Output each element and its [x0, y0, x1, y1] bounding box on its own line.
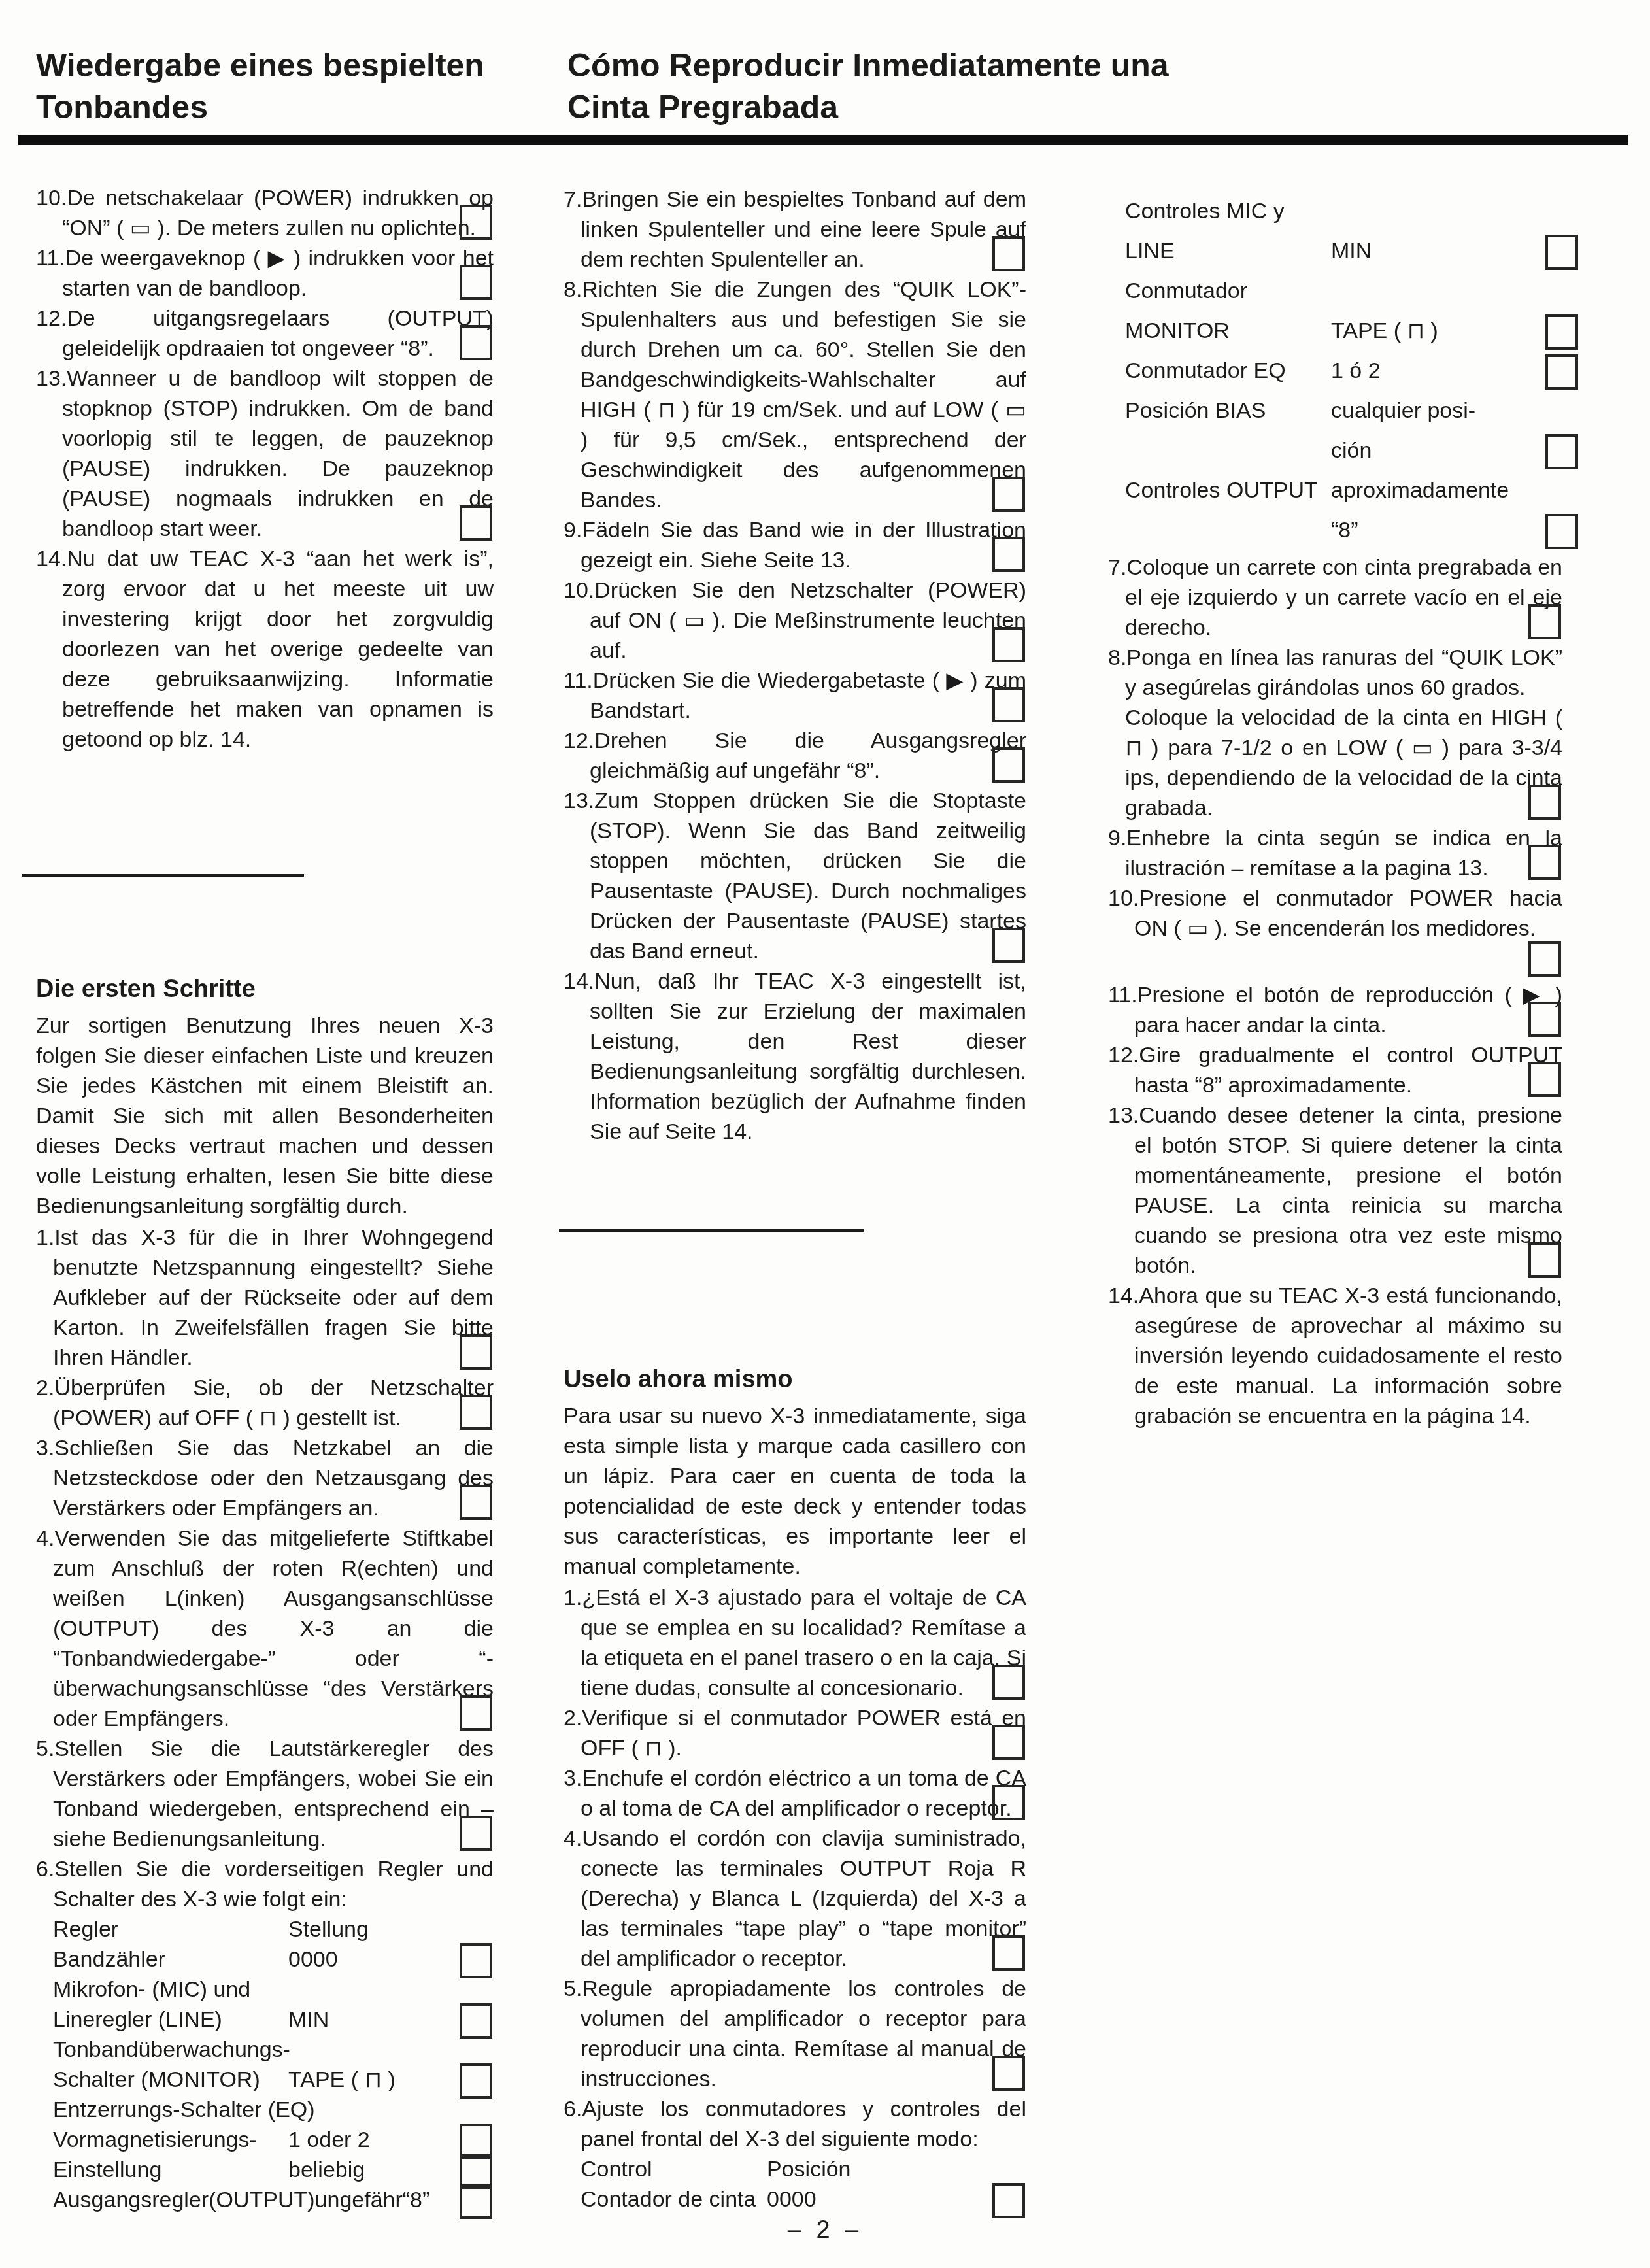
checklist-item: 10.De netschakelaar (POWER) indrukken op… [36, 183, 494, 243]
item-text: Wanneer u de bandloop wilt stoppen de st… [62, 366, 494, 541]
setting-value: beliebig [288, 2155, 365, 2185]
section-intro-spanish: Para usar su nuevo X-3 inmediatamente, s… [564, 1401, 1026, 1582]
item-text: Zum Stoppen drücken Sie die Stoptaste (S… [590, 788, 1026, 964]
setting-value: Posición [767, 2154, 851, 2184]
item-text: Ajuste los conmutadores y controles del … [581, 2097, 1026, 2152]
checklist-item: 14.Nun, daß Ihr TEAC X-3 eingestellt ist… [564, 966, 1026, 1147]
column1-german-section: Die ersten Schritte Zur sortigen Benutzu… [36, 973, 494, 2215]
page-title-spanish: Cómo Reproducir Inmediatamente una Cinta… [567, 44, 1169, 128]
settings-row: Contador de cinta0000 [581, 2184, 1026, 2214]
setting-value: TAPE ( ⊓ ) [288, 2065, 396, 2095]
settings-row: Einstellungbeliebig [53, 2155, 494, 2185]
checkbox [460, 1695, 492, 1731]
checkbox [1528, 785, 1561, 820]
item-text: Drücken Sie die Wiedergabetaste ( ▶ ) zu… [590, 668, 1026, 723]
settings-row: Tonbandüberwachungs- [53, 2035, 494, 2065]
checkbox [992, 1665, 1025, 1700]
item-text: Bringen Sie ein bespieltes Tonband auf d… [581, 187, 1026, 272]
checklist-item: 14.Ahora que su TEAC X-3 está funcionand… [1108, 1281, 1562, 1431]
settings-row: Posición BIAScualquier posi- [1125, 396, 1579, 426]
item-text: Ahora que su TEAC X-3 está funcionando, … [1134, 1283, 1562, 1429]
checklist-item: 8.Ponga en línea las ranuras del “QUIK L… [1108, 643, 1562, 823]
checklist-item: 2.Überprüfen Sie, ob der Netzschalter (P… [36, 1373, 494, 1433]
checklist-item: 9.Fädeln Sie das Band wie in der Illustr… [564, 515, 1026, 575]
checkbox [992, 2183, 1025, 2218]
item-number: 10. [564, 575, 594, 605]
setting-label: Conmutador [1125, 279, 1247, 303]
checklist-item: 11.Presione el botón de reproducción ( ▶… [1108, 980, 1562, 1040]
checklist-item: 12.Gire gradualmente el control OUTPUT h… [1108, 1040, 1562, 1100]
item-text: Enhebre la cinta según se indica en la i… [1125, 826, 1562, 881]
checkbox [1545, 314, 1578, 350]
item-text: Überprüfen Sie, ob der Netzschalter (POW… [53, 1376, 494, 1430]
checklist-item: 6.Stellen Sie die vorderseitigen Regler … [36, 1854, 494, 1914]
checklist-item: 11.Drücken Sie die Wiedergabetaste ( ▶ )… [564, 666, 1026, 726]
checklist-item: 5.Regule apropiadamente los controles de… [564, 1974, 1026, 2094]
checkbox [1545, 514, 1578, 549]
checklist-item: 13.Zum Stoppen drücken Sie die Stoptaste… [564, 786, 1026, 966]
setting-value: 1 oder 2 [288, 2125, 370, 2155]
checkbox [460, 2003, 492, 2039]
checkbox [1528, 1242, 1561, 1278]
german-checklist-1-6: 1.Ist das X-3 für die in Ihrer Wohngegen… [36, 1223, 494, 1914]
item-text: Ist das X-3 für die in Ihrer Wohngegend … [53, 1225, 494, 1370]
header-rule [18, 135, 1628, 145]
setting-label: MONITOR [1125, 318, 1230, 343]
item-number: 12. [36, 303, 67, 333]
section-heading-german: Die ersten Schritte [36, 973, 494, 1006]
setting-label: Entzerrungs-Schalter (EQ) [53, 2097, 315, 2122]
checkbox [1545, 354, 1578, 390]
checkbox [992, 627, 1025, 662]
item-number: 12. [564, 726, 594, 756]
checkbox [460, 1816, 492, 1851]
setting-label: Schalter (MONITOR) [53, 2067, 260, 2092]
settings-row: ción [1125, 435, 1579, 465]
page-title-german-line2: Tonbandes [36, 86, 484, 128]
setting-value: Stellung [288, 1914, 369, 1944]
spanish-settings-table-start: ControlPosiciónContador de cinta0000 [564, 2154, 1026, 2214]
checklist-item: 8.Richten Sie die Zungen des “QUIK LOK”-… [564, 275, 1026, 515]
item-number: 8. [1108, 643, 1126, 673]
manual-page: Wiedergabe eines bespielten Tonbandes Có… [0, 0, 1650, 2268]
item-number: 3. [36, 1433, 54, 1463]
item-text: Gire gradualmente el control OUTPUT hast… [1134, 1043, 1562, 1098]
setting-value: 1 ó 2 [1331, 356, 1381, 386]
item-number: 13. [1108, 1100, 1139, 1130]
setting-label: Controles OUTPUT [1125, 478, 1318, 503]
checklist-item: 12.Drehen Sie die Ausgangsregler gleichm… [564, 726, 1026, 786]
item-text: Stellen Sie die vorderseitigen Regler un… [53, 1857, 494, 1912]
item-number: 4. [36, 1523, 54, 1553]
setting-value: MIN [288, 2005, 329, 2035]
item-number: 14. [564, 966, 594, 996]
setting-label: Vormagnetisierungs- [53, 2127, 257, 2152]
settings-row: Conmutador EQ1 ó 2 [1125, 356, 1579, 386]
setting-value: ungefähr“8” [315, 2188, 430, 2212]
checkbox [460, 325, 492, 360]
checkbox [460, 2063, 492, 2099]
settings-row: Ausgangsregler(OUTPUT)ungefähr“8” [53, 2185, 494, 2215]
item-number: 7. [564, 184, 582, 214]
item-text: Coloque un carrete con cinta pregrabada … [1125, 555, 1562, 640]
checklist-item: 3.Enchufe el cordón eléctrico a un toma … [564, 1763, 1026, 1823]
checklist-item: 12.De uitgangsregelaars (OUTPUT) geleide… [36, 303, 494, 364]
item-number: 5. [36, 1734, 54, 1764]
item-text: Presione el conmutador POWER hacia ON ( … [1134, 886, 1562, 941]
item-number: 2. [36, 1373, 54, 1403]
column2-spanish-section: Uselo ahora mismo Para usar su nuevo X-3… [564, 1363, 1026, 2214]
item-number: 13. [564, 786, 594, 816]
section-divider-left [22, 874, 304, 877]
item-text: ¿Está el X-3 ajustado para el voltaje de… [581, 1585, 1026, 1701]
checkbox [992, 1725, 1025, 1760]
item-text: Enchufe el cordón eléctrico a un toma de… [581, 1766, 1026, 1821]
setting-label: Mikrofon- (MIC) und [53, 1977, 250, 2002]
settings-row: Entzerrungs-Schalter (EQ) [53, 2095, 494, 2125]
setting-label: Posición BIAS [1125, 398, 1266, 423]
checkbox [992, 747, 1025, 783]
item-number: 9. [1108, 823, 1126, 853]
checklist-item: 10.Drücken Sie den Netzschalter (POWER) … [564, 575, 1026, 666]
settings-row: Mikrofon- (MIC) und [53, 1974, 494, 2005]
item-number: 11. [564, 666, 593, 696]
item-number: 1. [36, 1223, 54, 1253]
settings-row: “8” [1125, 515, 1579, 545]
page-title-spanish-line2: Cinta Pregrabada [567, 86, 1169, 128]
item-text-continued: Coloque la velocidad de la cinta en HIGH… [1125, 703, 1562, 823]
item-number: 10. [36, 183, 67, 213]
section-divider-middle [559, 1229, 864, 1232]
item-number: 2. [564, 1703, 582, 1733]
checkbox [460, 1485, 492, 1520]
checkbox [992, 1785, 1025, 1820]
checklist-item: 14.Nu dat uw TEAC X-3 “aan het werk is”,… [36, 544, 494, 754]
checkbox [460, 1334, 492, 1370]
setting-value: ción [1331, 435, 1372, 465]
checkbox [992, 928, 1025, 963]
checklist-item: 5.Stellen Sie die Lautstärkeregler des V… [36, 1734, 494, 1854]
checklist-item: 13.Cuando desee detener la cinta, presio… [1108, 1100, 1562, 1281]
checkbox [1528, 1062, 1561, 1097]
item-text: Cuando desee detener la cinta, presione … [1134, 1103, 1562, 1278]
item-text: Ponga en línea las ranuras del “QUIK LOK… [1125, 645, 1562, 700]
page-title-spanish-line1: Cómo Reproducir Inmediatamente una [567, 44, 1169, 86]
item-text: Regule apropiadamente los controles de v… [581, 1976, 1026, 2091]
setting-value: 0000 [767, 2184, 817, 2214]
settings-row: Lineregler (LINE)MIN [53, 2005, 494, 2035]
setting-value: “8” [1331, 515, 1358, 545]
checkbox [1528, 1002, 1561, 1037]
german-settings-table: ReglerStellungBandzähler0000Mikrofon- (M… [36, 1914, 494, 2215]
checklist-item: 4.Usando el cordón con clavija suministr… [564, 1823, 1026, 1974]
settings-row: MONITORTAPE ( ⊓ ) [1125, 316, 1579, 346]
item-number: 13. [36, 364, 67, 394]
checklist-item: 3.Schließen Sie das Netzkabel an die Net… [36, 1433, 494, 1523]
setting-value: aproximadamente [1331, 475, 1509, 505]
section-heading-spanish: Uselo ahora mismo [564, 1363, 1026, 1396]
settings-row: Conmutador [1125, 276, 1579, 306]
checklist-item: 7.Bringen Sie ein bespieltes Tonband auf… [564, 184, 1026, 275]
settings-row: Bandzähler0000 [53, 1944, 494, 1974]
item-text: Verwenden Sie das mitgelieferte Stiftkab… [53, 1526, 494, 1731]
checkbox [1545, 434, 1578, 469]
item-text: Nu dat uw TEAC X-3 “aan het werk is”, zo… [62, 547, 494, 752]
checkbox [992, 2056, 1025, 2091]
item-text: Schließen Sie das Netzkabel an die Netzs… [53, 1436, 494, 1521]
checklist-item: 9.Enhebre la cinta según se indica en la… [1108, 823, 1562, 883]
item-number: 4. [564, 1823, 582, 1853]
checklist-item: 13.Wanneer u de bandloop wilt stoppen de… [36, 364, 494, 544]
column1-dutch-steps: 10.De netschakelaar (POWER) indrukken op… [36, 183, 494, 754]
item-number: 11. [36, 243, 65, 273]
setting-label: Regler [53, 1917, 118, 1942]
settings-row: ReglerStellung [53, 1914, 494, 1944]
settings-row: Controles OUTPUTaproximadamente [1125, 475, 1579, 505]
settings-row: Schalter (MONITOR)TAPE ( ⊓ ) [53, 2065, 494, 2095]
checkbox [460, 1943, 492, 1978]
checklist-item: 7.Coloque un carrete con cinta pregrabad… [1108, 552, 1562, 643]
setting-value: 0000 [288, 1944, 338, 1974]
column3-spanish-settings-table: Controles MIC yLINEMINConmutadorMONITORT… [1108, 196, 1579, 555]
checklist-item: 1.¿Está el X-3 ajustado para el voltaje … [564, 1583, 1026, 1703]
checkbox [1545, 235, 1578, 270]
item-text: Drücken Sie den Netzschalter (POWER) auf… [590, 578, 1026, 663]
spanish-checklist-1-6: 1.¿Está el X-3 ajustado para el voltaje … [564, 1583, 1026, 2154]
item-number: 9. [564, 515, 582, 545]
item-text: Usando el cordón con clavija suministrad… [581, 1826, 1026, 1971]
checkbox [992, 1935, 1025, 1971]
checklist-item: 4.Verwenden Sie das mitgelieferte Stiftk… [36, 1523, 494, 1734]
setting-label: Conmutador EQ [1125, 358, 1286, 383]
checkbox [1528, 604, 1561, 639]
item-text: Stellen Sie die Lautstärkeregler des Ver… [53, 1736, 494, 1852]
column3-spanish-steps: 7.Coloque un carrete con cinta pregrabad… [1108, 552, 1562, 1431]
checklist-item: 1.Ist das X-3 für die in Ihrer Wohngegen… [36, 1223, 494, 1373]
checkbox [460, 1395, 492, 1430]
item-text: Richten Sie die Zungen des “QUIK LOK”-Sp… [581, 277, 1026, 513]
checklist-item: 2.Verifique si el conmutador POWER está … [564, 1703, 1026, 1763]
setting-label: Ausgangsregler(OUTPUT) [53, 2188, 315, 2212]
item-text: De netschakelaar (POWER) indrukken op “O… [62, 186, 494, 241]
setting-label: Bandzähler [53, 1947, 165, 1972]
checklist-item: 10.Presione el conmutador POWER hacia ON… [1108, 883, 1562, 980]
item-number: 11. [1108, 980, 1137, 1010]
item-number: 10. [1108, 883, 1139, 913]
item-number: 6. [564, 2094, 582, 2124]
item-text: Verifique si el conmutador POWER está en… [581, 1706, 1026, 1761]
item-text: Fädeln Sie das Band wie in der Illustrat… [581, 518, 1026, 573]
item-number: 5. [564, 1974, 582, 2004]
item-text: Presione el botón de reproducción ( ▶ ) … [1134, 983, 1562, 1038]
item-number: 8. [564, 275, 582, 305]
settings-row: ControlPosición [581, 2154, 1026, 2184]
checkbox [992, 687, 1025, 722]
item-number: 1. [564, 1583, 582, 1613]
item-number: 3. [564, 1763, 582, 1793]
item-text: Nun, daß Ihr TEAC X-3 eingestellt ist, s… [590, 969, 1026, 1144]
checkbox [460, 505, 492, 541]
item-number: 6. [36, 1854, 54, 1884]
column2-german-steps: 7.Bringen Sie ein bespieltes Tonband auf… [564, 184, 1026, 1147]
checkbox [1528, 845, 1561, 880]
checkbox [992, 477, 1025, 512]
item-number: 14. [36, 544, 67, 574]
checkbox [460, 2184, 492, 2219]
setting-label: Controles MIC y [1125, 199, 1285, 224]
checkbox [460, 265, 492, 300]
setting-label: Control [581, 2157, 652, 2182]
item-text: De uitgangsregelaars (OUTPUT) geleidelij… [62, 306, 494, 361]
setting-label: Contador de cinta [581, 2187, 756, 2212]
checkbox [460, 205, 492, 240]
setting-value: MIN [1331, 236, 1372, 266]
settings-row: Vormagnetisierungs-1 oder 2 [53, 2125, 494, 2155]
setting-label: Tonbandüberwachungs- [53, 2037, 290, 2062]
checklist-item: 11.De weergaveknop ( ▶ ) indrukken voor … [36, 243, 494, 303]
setting-value: TAPE ( ⊓ ) [1331, 316, 1438, 346]
settings-row: LINEMIN [1125, 236, 1579, 266]
section-intro-german: Zur sortigen Benutzung Ihres neuen X-3 f… [36, 1011, 494, 1221]
page-number: – 2 – [0, 2216, 1650, 2244]
setting-value: cualquier posi- [1331, 396, 1475, 426]
setting-label: Lineregler (LINE) [53, 2007, 222, 2032]
settings-row: Controles MIC y [1125, 196, 1579, 226]
page-title-german: Wiedergabe eines bespielten Tonbandes [36, 44, 484, 128]
setting-label: LINE [1125, 239, 1175, 263]
setting-label: Einstellung [53, 2158, 161, 2182]
checklist-item: 6.Ajuste los conmutadores y controles de… [564, 2094, 1026, 2154]
item-number: 12. [1108, 1040, 1139, 1070]
item-text: Drehen Sie die Ausgangsregler gleichmäßi… [590, 728, 1026, 783]
item-number: 7. [1108, 552, 1126, 583]
item-number: 14. [1108, 1281, 1139, 1311]
checkbox [992, 236, 1025, 271]
item-text: De weergaveknop ( ▶ ) indrukken voor het… [62, 246, 494, 301]
checkbox [992, 537, 1025, 572]
page-title-german-line1: Wiedergabe eines bespielten [36, 44, 484, 86]
checkbox [1528, 941, 1561, 977]
